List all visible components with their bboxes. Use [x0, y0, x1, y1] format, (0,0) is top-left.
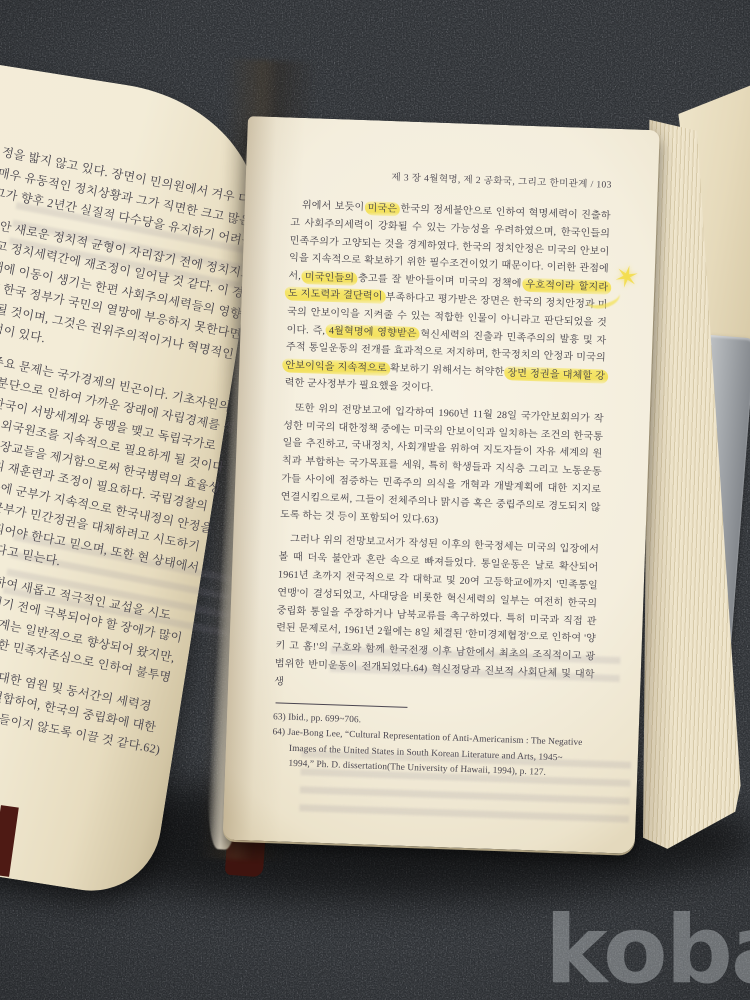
- text-segment: 확보하기 위해서는 허약한: [387, 363, 508, 378]
- paragraph: 위에서 보듯이 미국은 한국의 정세불안으로 인하여 혁명세력이 진출하고 사회…: [284, 197, 611, 404]
- highlighted-text: 안보이익을 지속적으로: [282, 358, 390, 376]
- right-page: 제 3 장 4월혁명, 제 2 공화국, 그리고 한미관계 / 103 위에서 …: [223, 116, 660, 854]
- highlighted-text: 4월혁명에 영향받은: [326, 324, 420, 341]
- text-segment: 이다. 즉,: [286, 324, 329, 336]
- paragraph: 게 될 주요 문제는 국가경제의 빈곤이다. 기초자원의국가의 분단으로 인하여…: [0, 345, 206, 593]
- highlighted-text: 장면 정권을 대체할 강: [504, 366, 608, 384]
- page-header: 제 3 장 4월혁명, 제 2 공화국, 그리고 한미관계 / 103: [292, 166, 612, 191]
- right-page-content: 제 3 장 4월혁명, 제 2 공화국, 그리고 한미관계 / 103 위에서 …: [271, 166, 612, 783]
- paragraph: 또한 위의 전망보고에 입각하여 1960년 11월 28일 국가안보회의가 작…: [280, 399, 604, 535]
- highlighted-text: 미국인들의: [302, 270, 358, 286]
- text-segment: 력한 군사정부가 필요했을 것이다.: [285, 377, 434, 393]
- right-page-paragraph-lines: 위에서 보듯이 미국은 한국의 정세불안으로 인하여 혁명세력이 진출하고 사회…: [274, 197, 611, 702]
- watermark: kobay: [545, 896, 750, 1000]
- ghost-text: [299, 750, 631, 831]
- highlighted-text: 도 지도력과 결단력이: [285, 287, 386, 305]
- text-segment: 도록 하는 것 등이 포함되어 있다.63): [280, 509, 439, 526]
- footnote-separator: [276, 702, 408, 708]
- highlighted-text: 미국은: [364, 201, 400, 216]
- text-segment: 위에서 보듯이: [302, 200, 368, 213]
- text-segment: 충고를 잘 받아들이며 미국의 정책에: [354, 273, 526, 290]
